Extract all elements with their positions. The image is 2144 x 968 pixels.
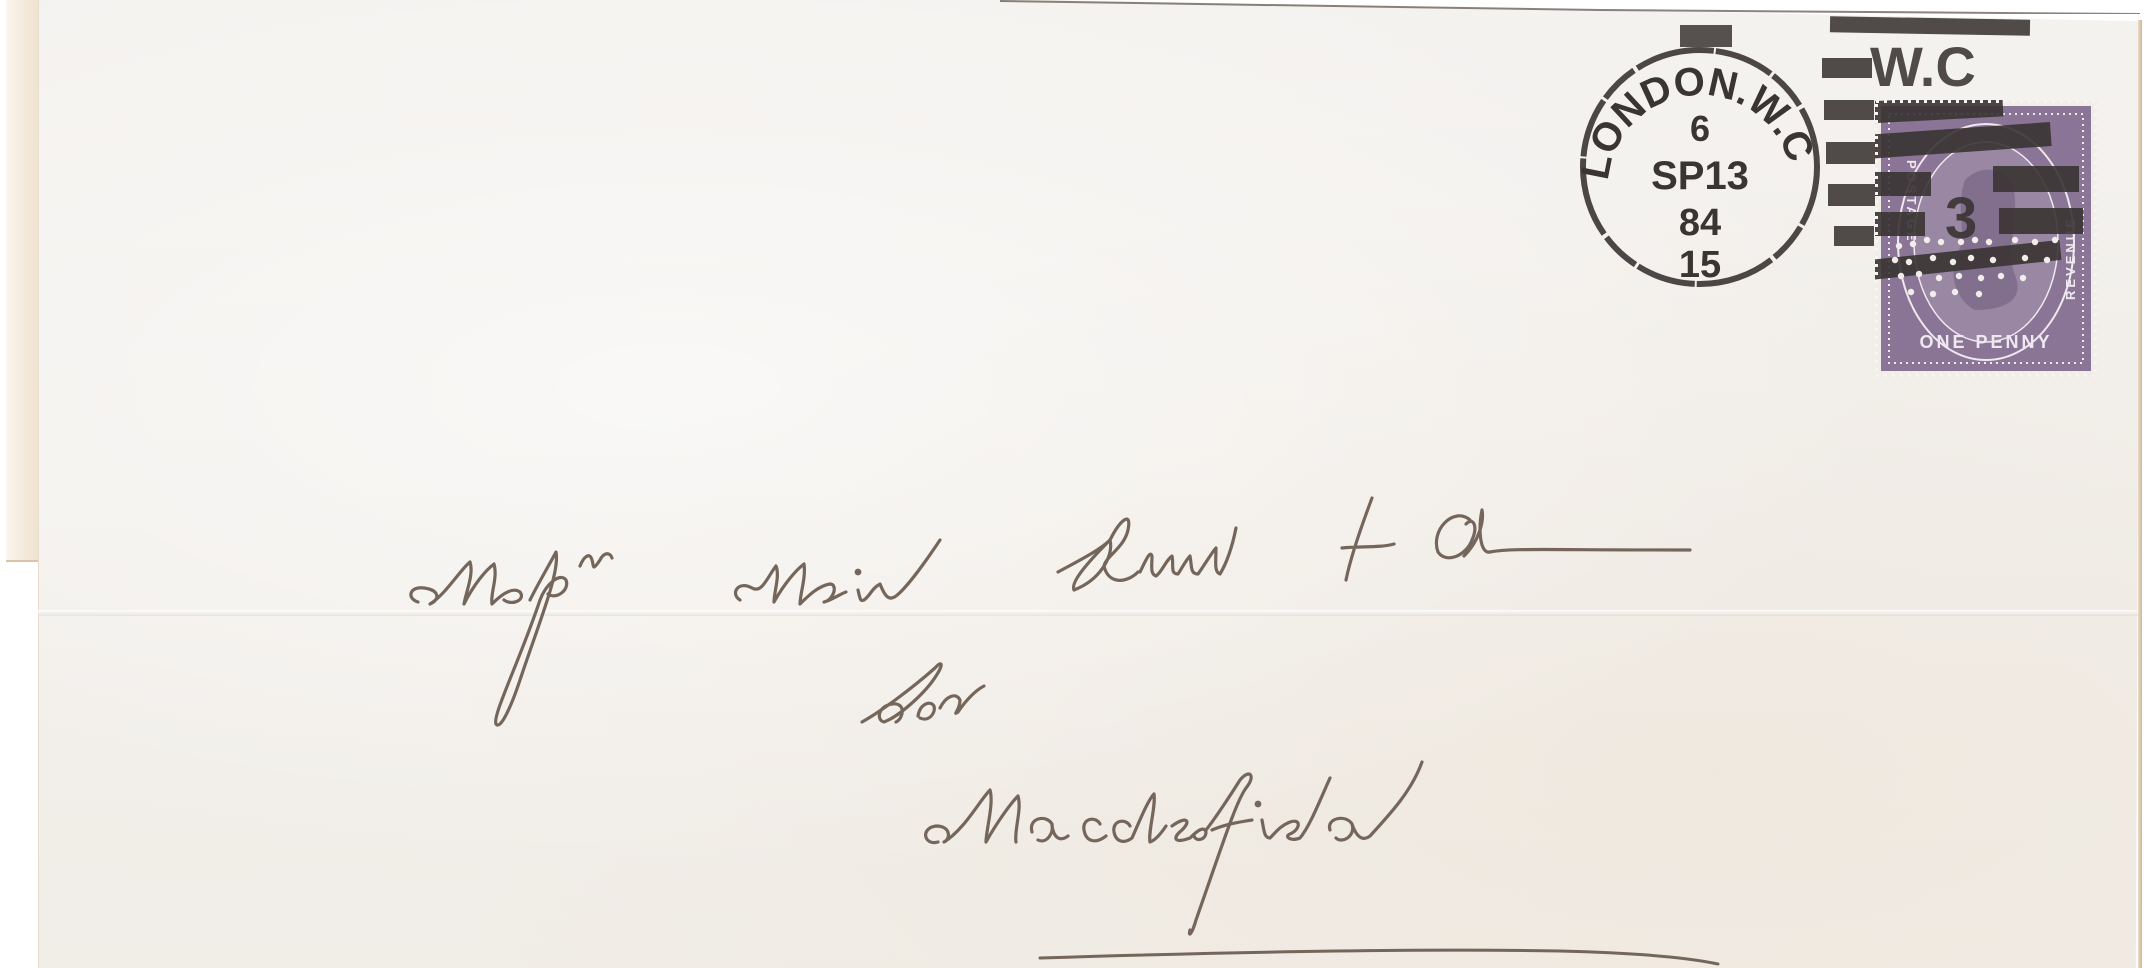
postmark-cds: LONDON.W.C 6 SP13 84 15: [1573, 25, 1822, 286]
letter-sheet-scene: LONDON.W.C 6 SP13 84 15 W.C: [0, 0, 2144, 968]
markings-layer: LONDON.W.C 6 SP13 84 15 W.C: [0, 0, 2144, 968]
stamp-value: ONE PENNY: [1919, 332, 2052, 352]
killer-district: W.C: [1870, 35, 1976, 98]
postmark-code: 6: [1690, 108, 1710, 149]
handwritten-address: [411, 498, 1718, 964]
postmark-time: 15: [1679, 244, 1721, 286]
one-penny-lilac-stamp: ONE PENNY REVENUE POSTAGE 3: [1875, 100, 2097, 377]
postmark-date: SP13: [1651, 154, 1749, 198]
postmark-year: 84: [1679, 202, 1721, 244]
